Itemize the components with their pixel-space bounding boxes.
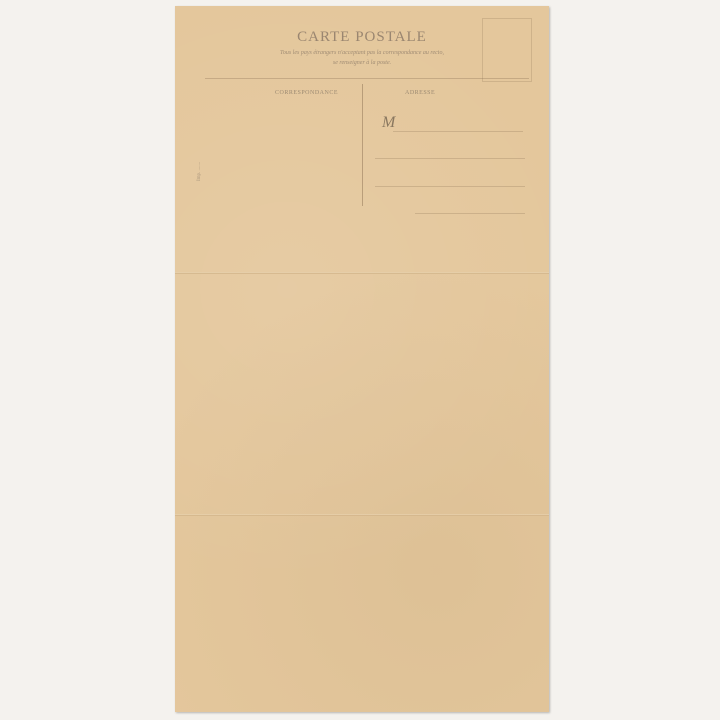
stamp-box — [482, 18, 532, 82]
header-divider — [205, 78, 529, 79]
fold-line — [175, 272, 549, 274]
adresse-label: ADRESSE — [405, 90, 435, 96]
postcard: CARTE POSTALE Tous les pays étrangers n'… — [175, 6, 549, 712]
address-line — [375, 158, 525, 159]
address-line — [375, 186, 525, 187]
printer-mark: Imp. ....... — [197, 162, 202, 181]
address-line — [415, 213, 525, 214]
fold-line — [175, 514, 549, 516]
address-line — [393, 131, 523, 132]
center-divider — [362, 84, 363, 206]
correspondance-label: CORRESPONDANCE — [275, 90, 338, 96]
address-prefix: M — [382, 114, 395, 132]
